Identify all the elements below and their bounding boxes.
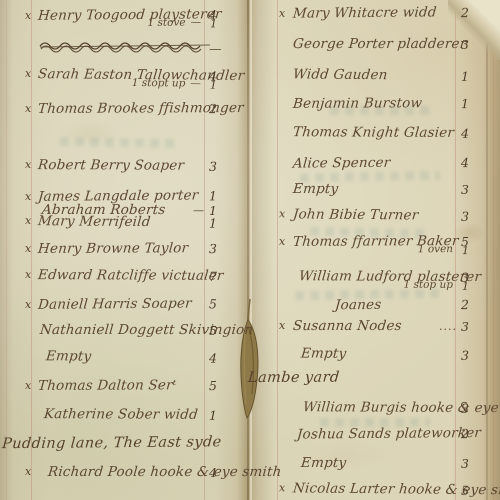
hearth-note-count: 1 [462, 244, 469, 257]
ledger-entry-row: William Ludford plasterer31 stop up1 [0, 267, 500, 285]
ledger-entry-row: Joanes2 [0, 296, 500, 316]
entry-name: George Porter pladderer [292, 36, 467, 52]
entry-name: Widd Gauden [292, 66, 388, 83]
hearth-count: 2 [461, 5, 469, 20]
street-heading: Lambe yard [247, 370, 340, 386]
hearth-count: 4 [461, 126, 469, 141]
entry-name: Empty [300, 455, 347, 471]
entry-name: Thomas Knight Glasier [292, 124, 455, 141]
dotted-leader: .... [417, 320, 457, 333]
entry-name: Benjamin Burstow [292, 95, 423, 112]
hearth-count: 3 [461, 401, 469, 416]
hearth-count: 3 [461, 37, 469, 52]
x-mark: x [279, 207, 285, 220]
hearth-count: 3 [461, 319, 469, 334]
entry-name: Joanes [334, 297, 382, 313]
entry-name: John Bibie Turner [292, 206, 419, 223]
x-mark: x [279, 7, 285, 20]
hearth-count: 3 [461, 182, 469, 197]
hearth-note: 1 stop up [303, 278, 453, 291]
x-mark: x [279, 235, 285, 248]
ledger-entry-row: xThomas ffarriner Baker51 oven1 [0, 233, 500, 251]
ledger-entry-row: xMary Whitacre widd2 [0, 4, 500, 24]
entry-name: Empty [292, 181, 339, 197]
hearth-count: 1 [461, 69, 469, 84]
hearth-count: 3 [461, 209, 469, 224]
open-ledger-book: xHenry Toogood playsterer41 stove—1—xSar… [0, 0, 500, 500]
entry-name: Empty [300, 345, 347, 361]
hearth-note: 1 oven [303, 243, 453, 256]
hearth-count: 3 [461, 456, 469, 471]
ledger-entry-row: George Porter pladderer3 [0, 36, 500, 52]
ledger-entry-row: Benjamin Burstow1 [0, 95, 500, 113]
entry-name: Alice Spencer [292, 155, 391, 172]
hearth-note-count: 1 [462, 280, 469, 293]
ledger-entry-row: William Burgis hooke & eye smith3 [0, 398, 500, 416]
hearth-count: 3 [461, 348, 469, 363]
x-mark: x [279, 481, 285, 494]
entry-name: Joshua Sands plateworker [296, 425, 481, 443]
entry-name: Susanna Nodes [292, 318, 402, 334]
hearth-count: 1 [461, 96, 469, 111]
hearth-count: 2 [461, 297, 469, 312]
x-mark: x [279, 319, 285, 332]
ledger-entry-row: xSusanna Nodes....3 [0, 318, 500, 334]
ledger-entry-row: Empty3 [0, 181, 500, 197]
entry-name: William Burgis hooke & eye smith [302, 399, 500, 416]
street-heading-row: Lambe yard [0, 369, 500, 387]
hearth-count: 2 [461, 426, 469, 441]
hearth-count: 5 [461, 483, 469, 498]
hearth-count: 4 [461, 155, 469, 170]
ledger-entry-row: Thomas Knight Glasier4 [0, 123, 500, 141]
ledger-entry-row: Empty3 [0, 455, 500, 471]
entry-name: Mary Whitacre widd [292, 4, 437, 21]
ledger-entry-row: xNicolas Larter hooke & eye smith5 [0, 478, 500, 498]
